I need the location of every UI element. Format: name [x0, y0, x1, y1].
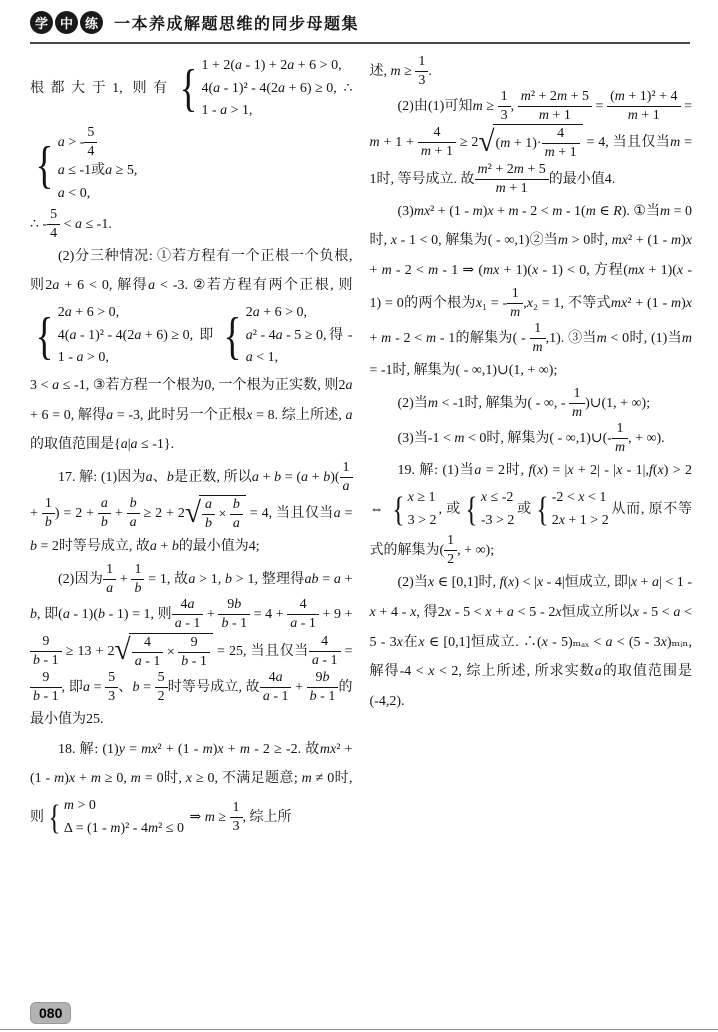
solution-paragraph: (2)由(1)可知m ≥ 13, m² + 2m + 5m + 1 = (m +… [370, 89, 693, 197]
solution-paragraph: 18. 解: (1)y = mx² + (1 - m)x + m - 2 ≥ -… [30, 735, 353, 842]
solutions-content: 根都大于1, 则有{1 + 2(a - 1) + 2a + 6 > 0,4(a … [0, 44, 718, 841]
logo-char-badge: 中 [55, 11, 78, 34]
bottom-rule [0, 1029, 718, 1030]
solution-paragraph: (2)分三种情况: ①若方程有一个正根一个负根, 则2a + 6 < 0, 解得… [30, 242, 353, 460]
solution-column-left: 根都大于1, 则有{1 + 2(a - 1) + 2a + 6 > 0,4(a … [30, 54, 353, 841]
solution-paragraph: (2)当x ∈ [0,1]时, f(x) < |x - 4|恒成立, 即|x +… [370, 568, 693, 716]
solution-paragraph: (3)mx² + (1 - m)x + m - 2 < m - 1(m ∈ R)… [370, 197, 693, 386]
page-number-badge: 080 [30, 1002, 71, 1024]
logo-char-badge: 学 [30, 11, 53, 34]
solution-paragraph: (2)因为1a + 1b = 1, 故a > 1, b > 1, 整理得ab =… [30, 562, 353, 734]
solution-paragraph: (2)当m < -1时, 解集为( - ∞, - 1m)∪(1, + ∞); [370, 386, 693, 421]
solution-paragraph: 19. 解: (1)当a = 2时, f(x) = |x + 2| - |x -… [370, 456, 693, 568]
solution-paragraph: 17. 解: (1)因为a、b是正数, 所以a + b = (a + b)(1a… [30, 460, 353, 562]
page-header: 学 中 练 一本养成解题思维的同步母题集 [0, 0, 718, 44]
book-title: 一本养成解题思维的同步母题集 [114, 11, 359, 34]
logo-char-badge: 练 [80, 11, 103, 34]
solution-paragraph: 根都大于1, 则有{1 + 2(a - 1) + 2a + 6 > 0,4(a … [30, 54, 353, 207]
solution-paragraph: (3)当-1 < m < 0时, 解集为( - ∞,1)∪(-1m, + ∞). [370, 421, 693, 456]
solution-column-right: 述, m ≥ 13.(2)由(1)可知m ≥ 13, m² + 2m + 5m … [370, 54, 693, 841]
solution-paragraph: ∴ -54 < a ≤ -1. [30, 207, 353, 242]
textbook-page: 学 中 练 一本养成解题思维的同步母题集 根都大于1, 则有{1 + 2(a -… [0, 0, 718, 1032]
solution-paragraph: 述, m ≥ 13. [370, 54, 693, 89]
brand-logo: 学 中 练 一本养成解题思维的同步母题集 [30, 11, 690, 34]
